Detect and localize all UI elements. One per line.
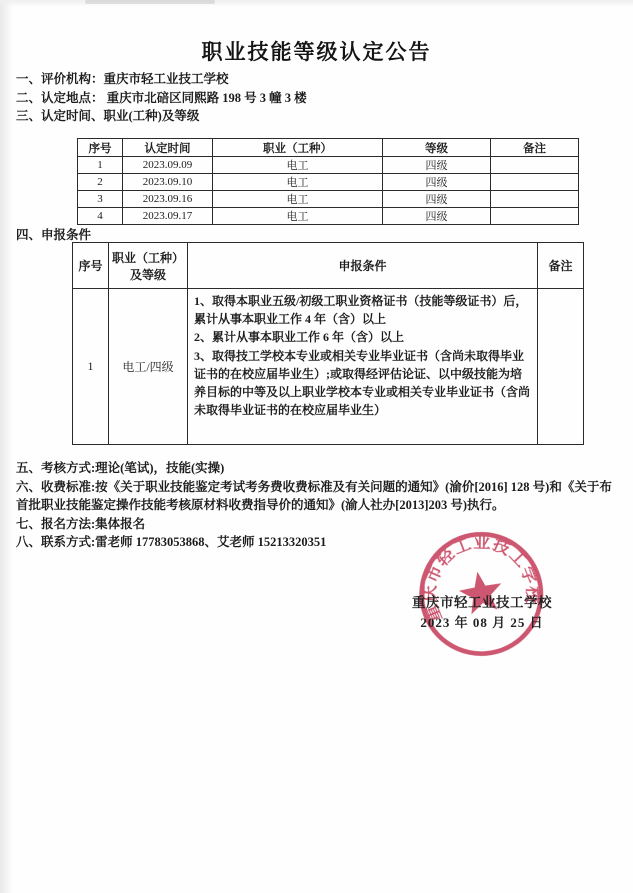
cell-remark [491,191,579,208]
condition-item: 1、取得本职业五级/初级工职业资格证书（技能等级证书）后，累计从事本职业工作 4… [194,292,531,328]
cell-seq: 3 [78,191,123,208]
header-seq: 序号 [73,243,109,289]
cell-level: 四级 [383,208,491,225]
announcement-document: 职业技能等级认定公告 一、评价机构：重庆市轻工业技工学校 二、认定地点： 重庆市… [0,0,633,893]
cell-seq: 2 [78,174,123,191]
header-occupation-level: 职业（工种）及等级 [109,243,188,289]
condition-item: 3、取得技工学校本专业或相关专业毕业证书（含尚未取得毕业证书的在校应届毕业生）;… [194,347,531,420]
intro-section: 一、评价机构：重庆市轻工业技工学校 二、认定地点： 重庆市北碚区同熙路 198 … [16,70,616,126]
cell-occupation: 电工 [213,208,383,225]
line-evaluating-org: 一、评价机构：重庆市轻工业技工学校 [16,70,616,89]
cell-occupation: 电工 [213,191,383,208]
cell-date: 2023.09.17 [123,208,213,225]
cell-remark [491,174,579,191]
cell-level: 四级 [383,174,491,191]
cell-date: 2023.09.16 [123,191,213,208]
cell-remark [538,289,584,445]
header-date: 认定时间 [123,139,213,157]
table-header-row: 序号 职业（工种）及等级 申报条件 备注 [73,243,584,289]
cell-level: 四级 [383,191,491,208]
section4-heading: 四、申报条件 [16,225,91,243]
schedule-table: 序号 认定时间 职业（工种） 等级 备注 1 2023.09.09 电工 四级 … [77,138,579,225]
table-row: 3 2023.09.16 电工 四级 [78,191,579,208]
conditions-table: 序号 职业（工种）及等级 申报条件 备注 1 电工/四级 1、取得本职业五级/初… [72,242,584,445]
scan-edge-left [0,0,13,893]
cell-level: 四级 [383,157,491,174]
scan-artifact [85,0,215,4]
cell-remark [491,157,579,174]
cell-occupation: 电工 [213,157,383,174]
header-seq: 序号 [78,139,123,157]
line-assessment-method: 五、考核方式:理论(笔试)，技能(实操) [16,459,622,478]
table-row: 2 2023.09.10 电工 四级 [78,174,579,191]
signature-org: 重庆市轻工业技工学校 [392,591,572,611]
header-remark: 备注 [538,243,584,289]
cell-seq: 4 [78,208,123,225]
line-location: 二、认定地点： 重庆市北碚区同熙路 198 号 3 幢 3 楼 [16,89,616,108]
table-row: 4 2023.09.17 电工 四级 [78,208,579,225]
line-schedule-heading: 三、认定时间、职业(工种)及等级 [16,107,616,126]
cell-date: 2023.09.10 [123,174,213,191]
header-remark: 备注 [491,139,579,157]
table-row: 1 2023.09.09 电工 四级 [78,157,579,174]
cell-occupation-level: 电工/四级 [109,289,188,445]
signature-date: 2023 年 08 月 25 日 [392,612,572,631]
cell-seq: 1 [78,157,123,174]
cell-date: 2023.09.09 [123,157,213,174]
cell-remark [491,208,579,225]
header-conditions: 申报条件 [188,243,538,289]
table-row: 1 电工/四级 1、取得本职业五级/初级工职业资格证书（技能等级证书）后，累计从… [73,289,584,445]
table-header-row: 序号 认定时间 职业（工种） 等级 备注 [78,139,579,157]
cell-seq: 1 [73,289,109,445]
page-title: 职业技能等级认定公告 [0,36,633,66]
condition-item: 2、累计从事本职业工作 6 年（含）以上 [194,328,531,346]
header-occupation: 职业（工种） [213,139,383,157]
cell-conditions: 1、取得本职业五级/初级工职业资格证书（技能等级证书）后，累计从事本职业工作 4… [188,289,538,445]
cell-occupation: 电工 [213,174,383,191]
line-fee-standard: 六、收费标准:按《关于职业技能鉴定考试考务费收费标准及有关问题的通知》(渝价[2… [16,478,622,515]
header-level: 等级 [383,139,491,157]
